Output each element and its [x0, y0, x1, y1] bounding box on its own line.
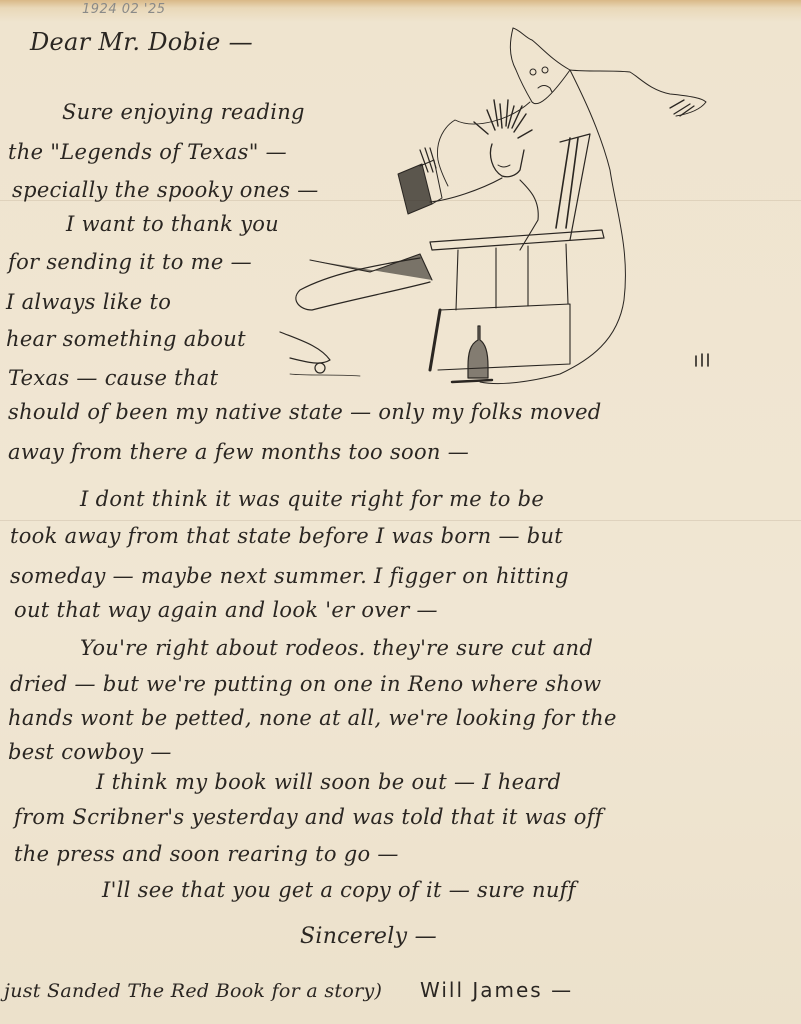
- letter-line: You're right about rodeos. they're sure …: [80, 636, 593, 660]
- ghost-icon: [420, 28, 706, 384]
- letter-line: hear something about: [6, 327, 246, 351]
- postscript: just Sanded The Red Book for a story): [4, 980, 382, 1002]
- letter-line: I think my book will soon be out — I hea…: [96, 770, 561, 794]
- paper-fold: [0, 520, 801, 521]
- letter-line: should of been my native state — only my…: [8, 400, 602, 424]
- letter-line: the "Legends of Texas" —: [8, 140, 287, 164]
- closing: Sincerely —: [300, 924, 437, 949]
- archive-date-note: 1924 02 '25: [82, 2, 166, 17]
- signature: Will James —: [420, 978, 573, 1002]
- cowboy-figure-icon: [280, 100, 604, 376]
- letter-line: away from there a few months too soon —: [8, 440, 469, 464]
- letter-line: I dont think it was quite right for me t…: [80, 487, 544, 511]
- letter-line: I want to thank you: [66, 212, 279, 236]
- letter-line: took away from that state before I was b…: [10, 524, 563, 548]
- letter-page: 1924 02 '25 Dear Mr. Dobie — Sure enjoyi…: [0, 0, 801, 1024]
- ghost-cowboy-sketch: [270, 10, 730, 390]
- letter-line: Sure enjoying reading: [62, 100, 305, 124]
- bottle-icon: [452, 326, 492, 382]
- letter-line: from Scribner's yesterday and was told t…: [14, 805, 603, 829]
- letter-line: hands wont be petted, none at all, we're…: [8, 706, 617, 730]
- letter-line: out that way again and look 'er over —: [14, 598, 438, 622]
- letter-line: someday — maybe next summer. I figger on…: [10, 564, 569, 588]
- letter-line: best cowboy —: [8, 740, 172, 764]
- letter-line: dried — but we're putting on one in Reno…: [10, 672, 601, 696]
- letter-line: I'll see that you get a copy of it — sur…: [102, 878, 576, 902]
- letter-line: Texas — cause that: [8, 366, 218, 390]
- salutation: Dear Mr. Dobie —: [30, 28, 253, 56]
- artist-mark-icon: [696, 354, 708, 366]
- letter-line: for sending it to me —: [8, 250, 252, 274]
- letter-line: I always like to: [6, 290, 171, 314]
- letter-line: the press and soon rearing to go —: [14, 842, 399, 866]
